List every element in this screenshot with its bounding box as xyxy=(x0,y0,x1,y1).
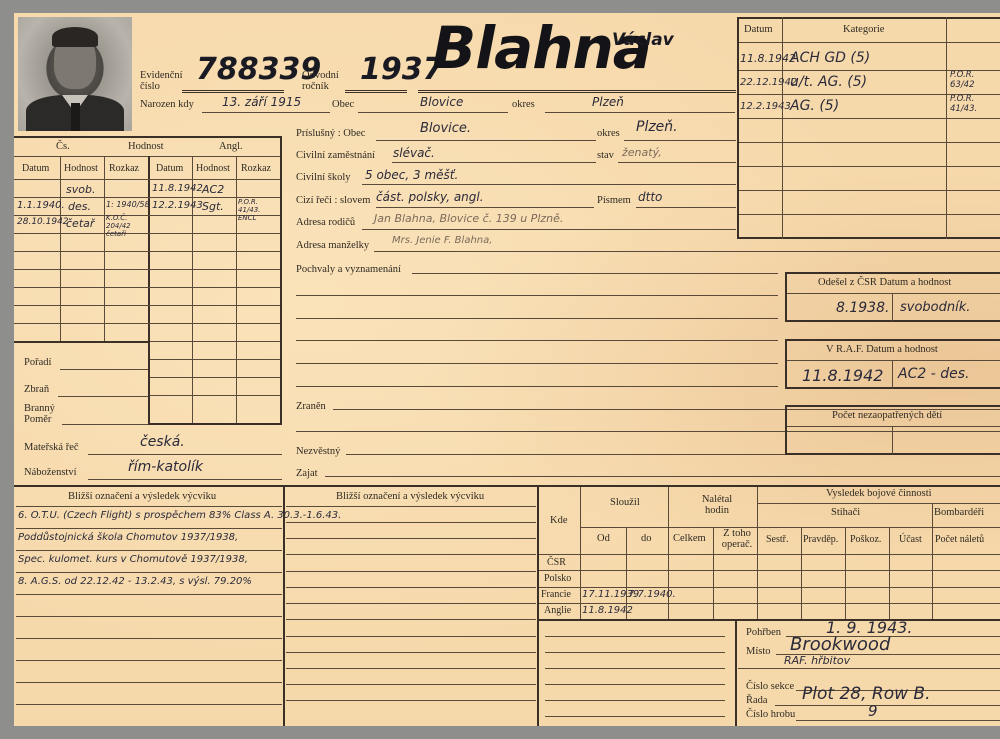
zranen-label: Zraněn xyxy=(296,401,326,412)
poradi-label: Pořadí xyxy=(24,357,51,368)
rada-label: Řada xyxy=(746,695,768,706)
sluzba-stihaci: Stihači xyxy=(831,507,860,518)
sluzba-bombarderi: Bombardéři xyxy=(934,507,984,518)
sluzba-z-toho: Z toho operač. xyxy=(718,528,756,550)
hodnost-r2-rozkaz-angl: P.O.R. 41/43. ENCL xyxy=(238,198,280,222)
rada-value: Plot 28, Row B. xyxy=(802,684,930,704)
hodnost-r3-datum-cs: 28.10.1942 xyxy=(17,217,69,227)
zamestnani-label: Civilní zaměstnání xyxy=(296,150,375,161)
hodnost-r1-datum-angl: 11.8.1942 xyxy=(152,183,203,194)
sluzba-celkem: Celkem xyxy=(673,533,706,544)
pismem-label: Písmem xyxy=(597,195,631,206)
nabozenstvi-label: Náboženství xyxy=(24,467,77,478)
sluzba-sestr: Sestř. xyxy=(766,534,789,545)
zbran-label: Zbraň xyxy=(24,384,49,395)
hodnost-header-rozkaz-angl: Rozkaz xyxy=(241,163,271,174)
odesel-datum: 8.1938. xyxy=(836,300,889,316)
stav-value: ženatý, xyxy=(622,146,662,159)
hodnost-header-datum-cs: Datum xyxy=(22,163,49,174)
kategorie-row-2-value: u/t. AG. (5) xyxy=(790,74,867,90)
pomer-label: Poměr xyxy=(24,414,51,425)
odvodni-label: Odvodní xyxy=(302,70,339,81)
zamestnani-value: slévač. xyxy=(393,146,435,160)
hodnost-r1-hodnost-cs: svob. xyxy=(66,183,95,196)
odesel-hodnost: svobodník. xyxy=(900,300,970,315)
hodnost-r2-datum-cs: 1.1.1940. xyxy=(17,200,65,211)
obec-label: Obec xyxy=(332,99,354,110)
raf-title: V R.A.F. Datum a hodnost xyxy=(826,344,938,355)
hrob-value: 9 xyxy=(868,702,878,720)
pismem-value: dtto xyxy=(638,190,662,204)
sluzba-vysledek: Vysledek bojové činnosti xyxy=(826,488,932,499)
sluzba-naletal: Nalétal hodin xyxy=(697,494,737,516)
reci-label: Cizí řeči : slovem xyxy=(296,195,370,206)
hodnost-r1-hodnost-angl: AC2 xyxy=(202,183,224,196)
vycvik-line-1: 6. O.T.U. (Czech Flight) s prospěchem 83… xyxy=(18,510,341,521)
kategorie-row-1-value: ACH GD (5) xyxy=(790,50,870,66)
hodnost-header-datum-angl: Datum xyxy=(156,163,183,174)
hodnost-header-hodnost-angl: Hodnost xyxy=(196,163,230,174)
rodice-label: Adresa rodičů xyxy=(296,217,355,228)
okres-value: Plzeň xyxy=(592,95,624,109)
sluzba-anglie-od: 11.8.1942 xyxy=(582,605,633,616)
sluzba-ucast: Účast xyxy=(899,534,922,545)
kategorie-row-2-note: P.O.R. 63/42 xyxy=(950,70,995,90)
given-name: Václav xyxy=(612,30,674,50)
portrait-photo xyxy=(18,17,132,131)
nezvestny-label: Nezvěstný xyxy=(296,446,340,457)
raf-datum: 11.8.1942 xyxy=(802,366,883,385)
kategorie-row-3-note: P.O.R. 41/43. xyxy=(950,94,995,114)
hodnost-r2-rozkaz-cs: 1: 1940/58 xyxy=(106,200,150,209)
evidencni-label: Evidenční xyxy=(140,70,183,81)
prislusny-label: Príslušný : Obec xyxy=(296,128,365,139)
hodnost-title-angl: Angl. xyxy=(219,141,243,152)
materska-value: česká. xyxy=(140,434,185,450)
sluzba-kde: Kde xyxy=(550,515,568,526)
sluzba-poskoz: Poškoz. xyxy=(850,534,881,545)
sluzba-slouzil: Sloužil xyxy=(610,497,640,508)
zajat-label: Zajat xyxy=(296,468,318,479)
odesel-title: Odešel z ČSR Datum a hodnost xyxy=(818,277,951,288)
odvodni-label-2: ročník xyxy=(302,81,329,92)
vycvik-line-4: 8. A.G.S. od 22.12.42 - 13.2.43, s výsl.… xyxy=(18,576,252,587)
kategorie-row-2-datum: 22.12.1942 xyxy=(740,77,797,88)
sluzba-row-csr: ČSR xyxy=(547,557,566,568)
vycvik-title-right: Bližší označení a výsledek výcviku xyxy=(336,491,484,502)
skoly-value: 5 obec, 3 měšť. xyxy=(365,168,458,182)
stav-label: stav xyxy=(597,150,614,161)
vycvik-line-2: Poddůstojnická škola Chomutov 1937/1938, xyxy=(18,532,238,543)
vycvik-title-left: Bližší označení a výsledek výcviku xyxy=(68,491,216,502)
sluzba-pravdep: Pravděp. xyxy=(803,534,838,545)
manzelka-label: Adresa manželky xyxy=(296,240,369,251)
pochvaly-label: Pochvaly a vyznamenání xyxy=(296,264,401,275)
hodnost-r2-datum-angl: 12.2.1943 xyxy=(152,200,203,211)
sluzba-francie-do: 7.7.1940. xyxy=(628,589,676,600)
sluzba-od: Od xyxy=(597,533,610,544)
hodnost-title-cs: Čs. xyxy=(56,141,70,152)
evidencni-label-2: číslo xyxy=(140,81,160,92)
kategorie-row-1-datum: 11.8.1942 xyxy=(740,52,796,65)
misto-value: Brookwood xyxy=(790,634,890,655)
hodnost-header-rozkaz-cs: Rozkaz xyxy=(109,163,139,174)
kategorie-row-3-datum: 12.2.1943 xyxy=(740,101,791,112)
vycvik-line-3: Spec. kulomet. kurs v Chomutově 1937/193… xyxy=(18,554,248,565)
pohrben-label: Pohřben xyxy=(746,627,781,638)
misto-value-2: RAF. hřbitov xyxy=(784,654,850,667)
nabozenstvi-value: řím-katolík xyxy=(128,459,203,475)
reci-value: část. polsky, angl. xyxy=(376,190,484,204)
materska-label: Mateřská řeč xyxy=(24,442,79,453)
prislusny-okres-label: okres xyxy=(597,128,620,139)
hodnost-r3-rozkaz-cs: K.O.Č. 204/42 četaři xyxy=(106,214,150,238)
manzelka-value: Mrs. Jenie F. Blahna, xyxy=(392,235,492,246)
kategorie-row-3-value: AG. (5) xyxy=(790,98,839,114)
hodnost-r3-hodnost-cs: četař xyxy=(66,217,94,230)
misto-label: Místo xyxy=(746,646,771,657)
sekce-label: Číslo sekce xyxy=(746,681,794,692)
obec-value: Blovice xyxy=(420,95,463,109)
hodnost-header-hodnost-cs: Hodnost xyxy=(64,163,98,174)
branny-label: Branný xyxy=(24,403,55,414)
skoly-label: Civilní školy xyxy=(296,172,351,183)
prislusny-obec: Blovice. xyxy=(420,121,471,136)
odvodni-rocnik: 1937 xyxy=(360,52,444,87)
narozen-label: Narozen kdy xyxy=(140,99,194,110)
prislusny-okres: Plzeň. xyxy=(636,119,678,135)
hodnost-title: Hodnost xyxy=(128,141,164,152)
deti-title: Počet nezaopatřených dětí xyxy=(832,410,942,421)
raf-hodnost: AC2 - des. xyxy=(898,366,969,382)
hodnost-r2-hodnost-angl: Sgt. xyxy=(202,200,224,213)
sluzba-pocet-naletu: Počet náletů xyxy=(935,534,984,545)
kategorie-header-datum: Datum xyxy=(744,24,773,35)
sluzba-row-anglie: Anglie xyxy=(544,605,571,616)
okres-label: okres xyxy=(512,99,535,110)
hodnost-r2-hodnost-cs: des. xyxy=(68,200,91,213)
kategorie-header-kategorie: Kategorie xyxy=(843,24,884,35)
sluzba-row-polsko: Polsko xyxy=(544,573,571,584)
narozen-value: 13. září 1915 xyxy=(222,95,301,109)
sluzba-do: do xyxy=(641,533,652,544)
sluzba-row-francie: Francie xyxy=(541,589,571,600)
rodice-value: Jan Blahna, Blovice č. 139 u Plzně. xyxy=(374,212,563,225)
hrob-label: Číslo hrobu xyxy=(746,709,795,720)
